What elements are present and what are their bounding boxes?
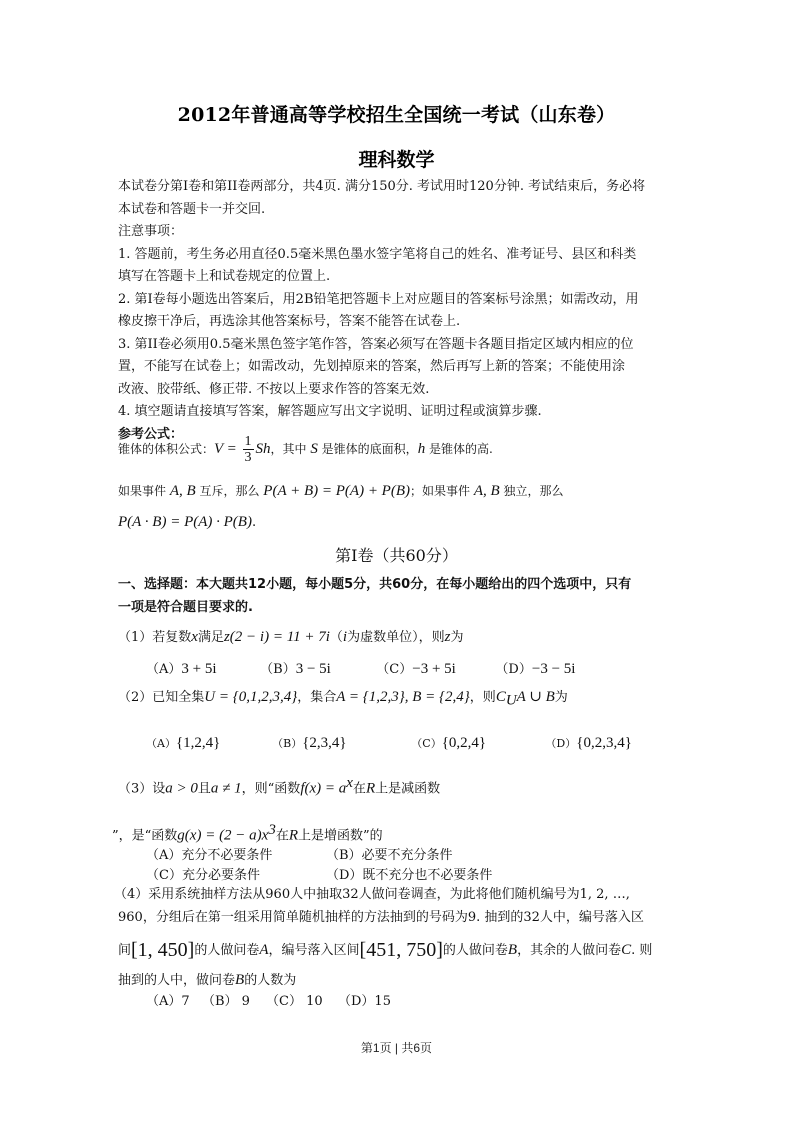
notice-item: 置，不能写在试卷上；如需改动，先划掉原来的答案，然后再写上新的答案；不能使用涂 bbox=[118, 356, 678, 379]
option-b: （B）{2,3,4} bbox=[272, 732, 407, 756]
notice-item: 改液、胶带纸、修正带. 不按以上要求作答的答案无效. bbox=[118, 379, 678, 402]
notice-heading: 注意事项： bbox=[118, 221, 678, 244]
option-a: （A）充分不必要条件 bbox=[146, 846, 326, 866]
option-a: （A）7 bbox=[146, 992, 202, 1012]
option-c: （C） 10 bbox=[266, 992, 338, 1012]
option-c: （C）充分必要条件 bbox=[146, 866, 326, 886]
notice-item: 2. 第I卷每小题选出答案后，用2B铅笔把答题卡上对应题目的答案标号涂黑；如需改… bbox=[118, 289, 678, 312]
option-b: （B）3 − 5i bbox=[260, 658, 372, 682]
question-stem-cont: 抽到的人中，做问卷B的人数为 bbox=[118, 969, 678, 993]
option-a: （A）3 + 5i bbox=[146, 658, 256, 682]
page-footer: 第1页 | 共6页 bbox=[0, 1039, 793, 1056]
option-c: （C）−3 + 5i bbox=[376, 658, 491, 682]
exam-title: 2012年普通高等学校招生全国统一考试（山东卷） bbox=[0, 100, 793, 127]
formula-cone: 锥体的体积公式：V = 13Sh，其中 S 是锥体的底面积，h 是锥体的高. bbox=[118, 434, 678, 465]
formula-prob-product: P(A · B) = P(A) · P(B). bbox=[118, 511, 678, 535]
question-1: （1）若复数x满足z(2 − i) = 11 + 7i（i为虚数单位），则z为 … bbox=[118, 626, 678, 681]
fraction: 13 bbox=[243, 434, 254, 465]
part-heading: 一、选择题：本大题共12小题，每小题5分，共60分，在每小题给出的四个选项中，只… bbox=[118, 574, 678, 619]
option-c: （C）{0,2,4} bbox=[411, 732, 541, 756]
notice-item: 1. 答题前，考生务必用直径0.5毫米黑色墨水签字笔将自己的姓名、准考证号、县区… bbox=[118, 244, 678, 267]
option-d: （D）−3 − 5i bbox=[495, 658, 575, 682]
options: （A）3 + 5i （B）3 − 5i （C）−3 + 5i （D）−3 − 5… bbox=[118, 658, 678, 682]
section-title: 第I卷（共60分） bbox=[0, 543, 793, 566]
question-3: （3）设a > 0且a ≠ 1，则“函数f(x) = ax在R上是减函数 ”，是… bbox=[118, 772, 678, 848]
notice-item: 3. 第II卷必须用0.5毫米黑色签字笔作答，答案必须写在答题卡各题目指定区域内… bbox=[118, 334, 678, 357]
option-a: （A）{1,2,4} bbox=[146, 732, 268, 756]
options: （A）7（B） 9（C） 10（D）15 bbox=[118, 992, 678, 1012]
notice-item: 4. 填空题请直接填写答案，解答题应写出文字说明、证明过程或演算步骤. bbox=[118, 401, 678, 424]
question-stem: （3）设a > 0且a ≠ 1，则“函数f(x) = ax在R上是减函数 bbox=[118, 772, 678, 801]
question-stem-cont: 间[1, 450]的人做问卷A，编号落入区间[451, 750]的人做问卷B，其… bbox=[118, 939, 678, 963]
exam-page: 2012年普通高等学校招生全国统一考试（山东卷） 理科数学 本试卷分第I卷和第I… bbox=[0, 0, 793, 1122]
option-b: （B）必要不充分条件 bbox=[326, 846, 453, 866]
intro-line: 本试卷和答题卡一并交回. bbox=[118, 199, 678, 222]
question-stem-cont: ”，是“函数g(x) = (2 − a)x3在R上是增函数”的 bbox=[112, 819, 678, 848]
question-4: （4）采用系统抽样方法从960人中抽取32人做问卷调查，为此将他们随机编号为1,… bbox=[118, 884, 678, 1012]
question-3-options: （A）充分不必要条件（B）必要不充分条件 （C）充分必要条件（D）既不充分也不必… bbox=[118, 846, 678, 886]
question-stem: （1）若复数x满足z(2 − i) = 11 + 7i（i为虚数单位），则z为 bbox=[118, 626, 678, 650]
notice-item: 填写在答题卡上和试卷规定的位置上. bbox=[118, 266, 678, 289]
intro-line: 本试卷分第I卷和第II卷两部分，共4页. 满分150分. 考试用时120分钟. … bbox=[118, 176, 678, 199]
question-stem: （2）已知全集U = {0,1,2,3,4}，集合A = {1,2,3}, B … bbox=[118, 686, 678, 712]
option-d: （D）{0,2,3,4} bbox=[545, 732, 631, 756]
option-d: （D）15 bbox=[338, 992, 391, 1012]
question-2: （2）已知全集U = {0,1,2,3,4}，集合A = {1,2,3}, B … bbox=[118, 686, 678, 756]
intro-block: 本试卷分第I卷和第II卷两部分，共4页. 满分150分. 考试用时120分钟. … bbox=[118, 176, 678, 446]
options: （A）{1,2,4} （B）{2,3,4} （C）{0,2,4} （D）{0,2… bbox=[118, 732, 678, 756]
notice-item: 橡皮擦干净后，再选涂其他答案标号，答案不能答在试卷上. bbox=[118, 311, 678, 334]
formula-prob: 如果事件 A, B 互斥，那么 P(A + B) = P(A) + P(B)；如… bbox=[118, 480, 678, 503]
exam-subtitle: 理科数学 bbox=[0, 145, 793, 172]
option-b: （B） 9 bbox=[202, 992, 266, 1012]
option-d: （D）既不充分也不必要条件 bbox=[326, 866, 492, 886]
